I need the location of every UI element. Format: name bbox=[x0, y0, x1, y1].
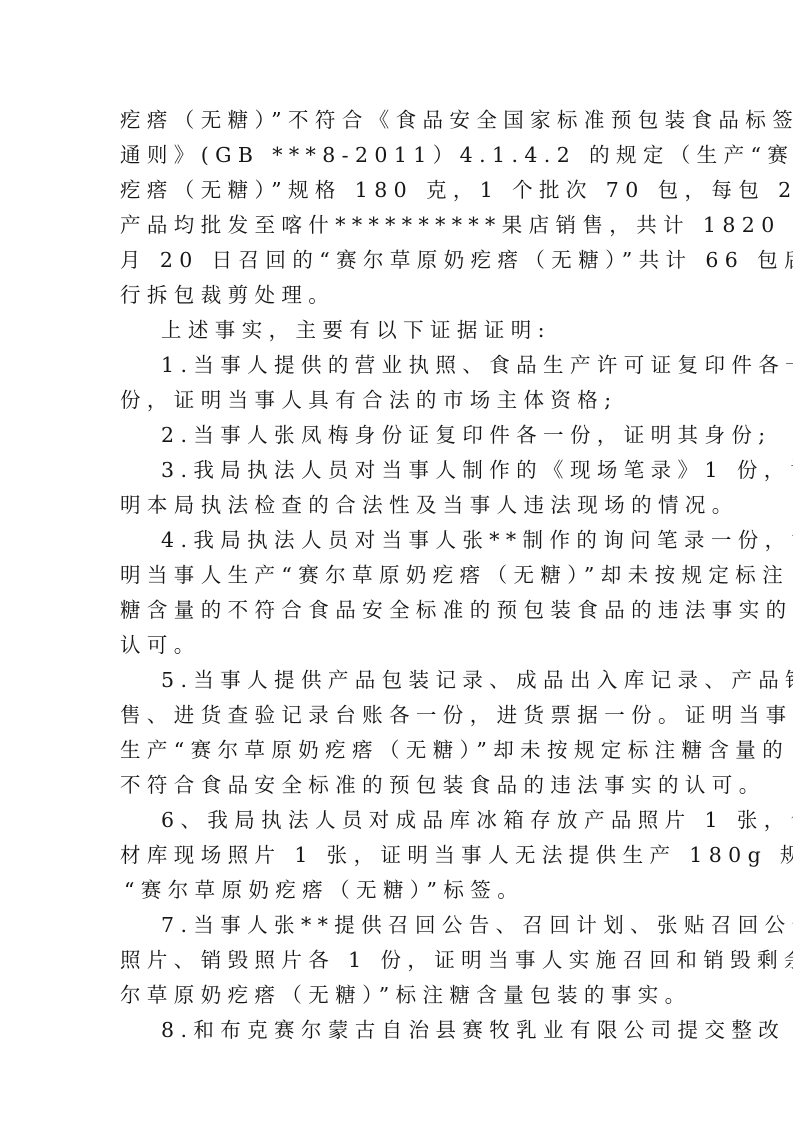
evidence-item-4-line-3: 糖含量的不符合食品安全标准的预包装食品的违法事实的 bbox=[120, 593, 793, 628]
text-line-2: 通则》(GB ***8-2011）4.1.4.2 的规定（生产“赛尔草原奶 bbox=[120, 138, 793, 173]
evidence-item-7-line-2: 照片、销毁照片各 1 份，证明当事人实施召回和销毁剩余“赛 bbox=[120, 943, 793, 978]
evidence-item-5-line-4: 不符合食品安全标准的预包装食品的违法事实的认可。 bbox=[120, 768, 766, 803]
evidence-item-2: 2.当事人张凤梅身份证复印件各一份，证明其身份; bbox=[161, 418, 772, 453]
text-line-3: 疙瘩（无糖）”规格 180 克，1 个批次 70 包，每包 26 元）的 bbox=[120, 173, 793, 208]
evidence-item-5-line-1: 5.当事人提供产品包装记录、成品出入库记录、产品销 bbox=[161, 663, 793, 698]
evidence-item-5-line-2: 售、进货查验记录台账各一份，进货票据一份。证明当事人 bbox=[120, 698, 793, 733]
evidence-item-7-line-1: 7.当事人张**提供召回公告、召回计划、张贴召回公告 bbox=[161, 908, 793, 943]
evidence-item-4-line-1: 4.我局执法人员对当事人张**制作的询问笔录一份，证 bbox=[161, 523, 793, 558]
evidence-item-6-line-3: “赛尔草原奶疙瘩（无糖）”标签。 bbox=[124, 873, 524, 908]
evidence-item-4-line-4: 认可。 bbox=[120, 628, 201, 663]
text-line-1: 疙瘩（无糖）”不符合《食品安全国家标准预包装食品标签 bbox=[120, 103, 793, 138]
evidence-item-8-line-1: 8.和布克赛尔蒙古自治县赛牧乳业有限公司提交整改 bbox=[161, 1013, 785, 1048]
evidence-intro-line: 上述事实，主要有以下证据证明: bbox=[161, 313, 551, 348]
evidence-item-3-line-2: 明本局执法检查的合法性及当事人违法现场的情况。 bbox=[120, 488, 739, 523]
evidence-item-1-line-1: 1.当事人提供的营业执照、食品生产许可证复印件各一 bbox=[161, 348, 793, 383]
evidence-item-3-line-1: 3.我局执法人员对当事人制作的《现场笔录》1 份，证 bbox=[161, 453, 793, 488]
evidence-item-7-line-3: 尔草原奶疙瘩（无糖）”标注糖含量包装的事实。 bbox=[120, 978, 692, 1013]
evidence-item-1-line-2: 份，证明当事人具有合法的市场主体资格; bbox=[120, 383, 618, 418]
evidence-item-5-line-3: 生产“赛尔草原奶疙瘩（无糖）”却未按规定标注糖含量的 bbox=[120, 733, 789, 768]
evidence-item-6-line-1: 6、我局执法人员对成品库冰箱存放产品照片 1 张，包 bbox=[161, 803, 793, 838]
evidence-item-4-line-2: 明当事人生产“赛尔草原奶疙瘩（无糖）”却未按规定标注 bbox=[120, 558, 789, 593]
text-line-4: 产品均批发至喀什**********果店销售，共计 1820 元。11 bbox=[120, 208, 793, 243]
text-line-5: 月 20 日召回的“赛尔草原奶疙瘩（无糖）”共计 66 包后进 bbox=[120, 243, 793, 278]
text-line-6: 行拆包裁剪处理。 bbox=[120, 278, 335, 313]
document-page: 疙瘩（无糖）”不符合《食品安全国家标准预包装食品标签 通则》(GB ***8-2… bbox=[0, 0, 793, 1122]
evidence-item-6-line-2: 材库现场照片 1 张，证明当事人无法提供生产 180g 规格的 bbox=[120, 838, 793, 873]
